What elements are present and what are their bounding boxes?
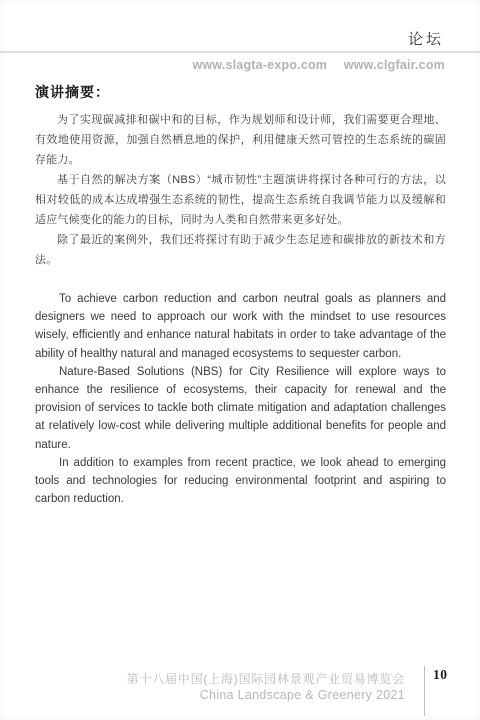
paragraph-zh-2: 基于自然的解决方案（NBS）“城市韧性”主题演讲将探讨各种可行的方法，以相对较低… <box>35 170 446 230</box>
document-page: 论坛 www.slagta-expo.com www.clgfair.com 演… <box>0 0 480 720</box>
website-urls: www.slagta-expo.com www.clgfair.com <box>193 58 446 72</box>
paragraph-en-3: In addition to examples from recent prac… <box>35 454 446 509</box>
abstract-section: 演讲摘要： 为了实现碳减排和碳中和的目标，作为规划师和设计师，我们需要更合理地、… <box>35 82 446 508</box>
footer-expo-titles: 第十八届中国(上海)国际园林景观产业贸易博览会 China Landscape … <box>127 671 405 704</box>
paragraph-zh-3: 除了最近的案例外，我们还将探讨有助于减少生态足迹和碳排放的新技术和方法。 <box>35 230 446 270</box>
paragraph-en-1: To achieve carbon reduction and carbon n… <box>35 290 446 363</box>
paragraph-en-2: Nature-Based Solutions (NBS) for City Re… <box>35 363 446 454</box>
paragraph-zh-1: 为了实现碳减排和碳中和的目标，作为规划师和设计师，我们需要更合理地、有效地使用资… <box>35 110 446 170</box>
abstract-english-block: To achieve carbon reduction and carbon n… <box>35 290 446 508</box>
abstract-chinese-block: 为了实现碳减排和碳中和的目标，作为规划师和设计师，我们需要更合理地、有效地使用资… <box>35 110 446 270</box>
footer-vertical-divider <box>424 666 425 716</box>
abstract-heading: 演讲摘要： <box>35 82 446 102</box>
expo-title-english: China Landscape & Greenery 2021 <box>127 687 405 704</box>
expo-title-chinese: 第十八届中国(上海)国际园林景观产业贸易博览会 <box>127 671 405 687</box>
website-url-slagta: www.slagta-expo.com <box>193 58 328 72</box>
website-url-clgfair: www.clgfair.com <box>344 58 445 72</box>
section-label-forum: 论坛 <box>408 28 444 49</box>
header-divider-line <box>0 51 480 53</box>
page-number: 10 <box>433 667 448 683</box>
